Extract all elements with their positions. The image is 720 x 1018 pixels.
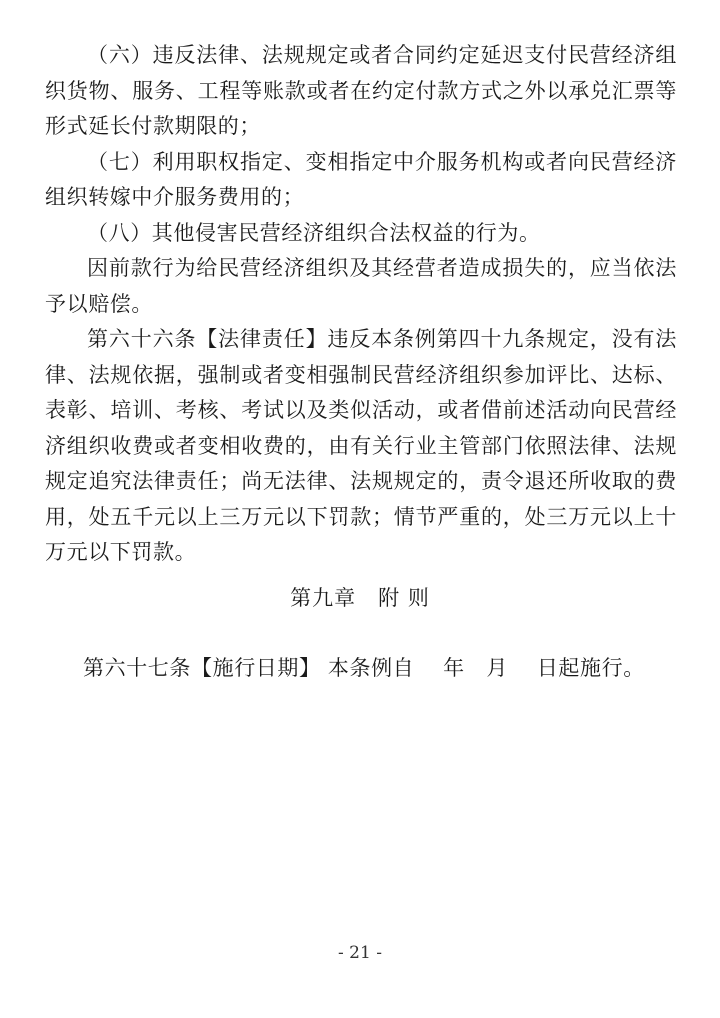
clause-8: （八）其他侵害民营经济组织合法权益的行为。	[45, 216, 677, 252]
compensation-paragraph: 因前款行为给民营经济组织及其经营者造成损失的，应当依法予以赔偿。	[45, 251, 677, 322]
page-number: - 21 -	[0, 943, 720, 963]
chapter-heading: 第九章 附 则	[0, 582, 720, 612]
article-67: 第六十七条【施行日期】 本条例自 年 月 日起施行。	[83, 652, 645, 682]
clause-6: （六）违反法律、法规规定或者合同约定延迟支付民营经济组织货物、服务、工程等账款或…	[45, 38, 677, 145]
document-body: （六）违反法律、法规规定或者合同约定延迟支付民营经济组织货物、服务、工程等账款或…	[45, 38, 677, 571]
clause-7: （七）利用职权指定、变相指定中介服务机构或者向民营经济组织转嫁中介服务费用的；	[45, 145, 677, 216]
article-66: 第六十六条【法律责任】违反本条例第四十九条规定，没有法律、法规依据，强制或者变相…	[45, 322, 677, 571]
